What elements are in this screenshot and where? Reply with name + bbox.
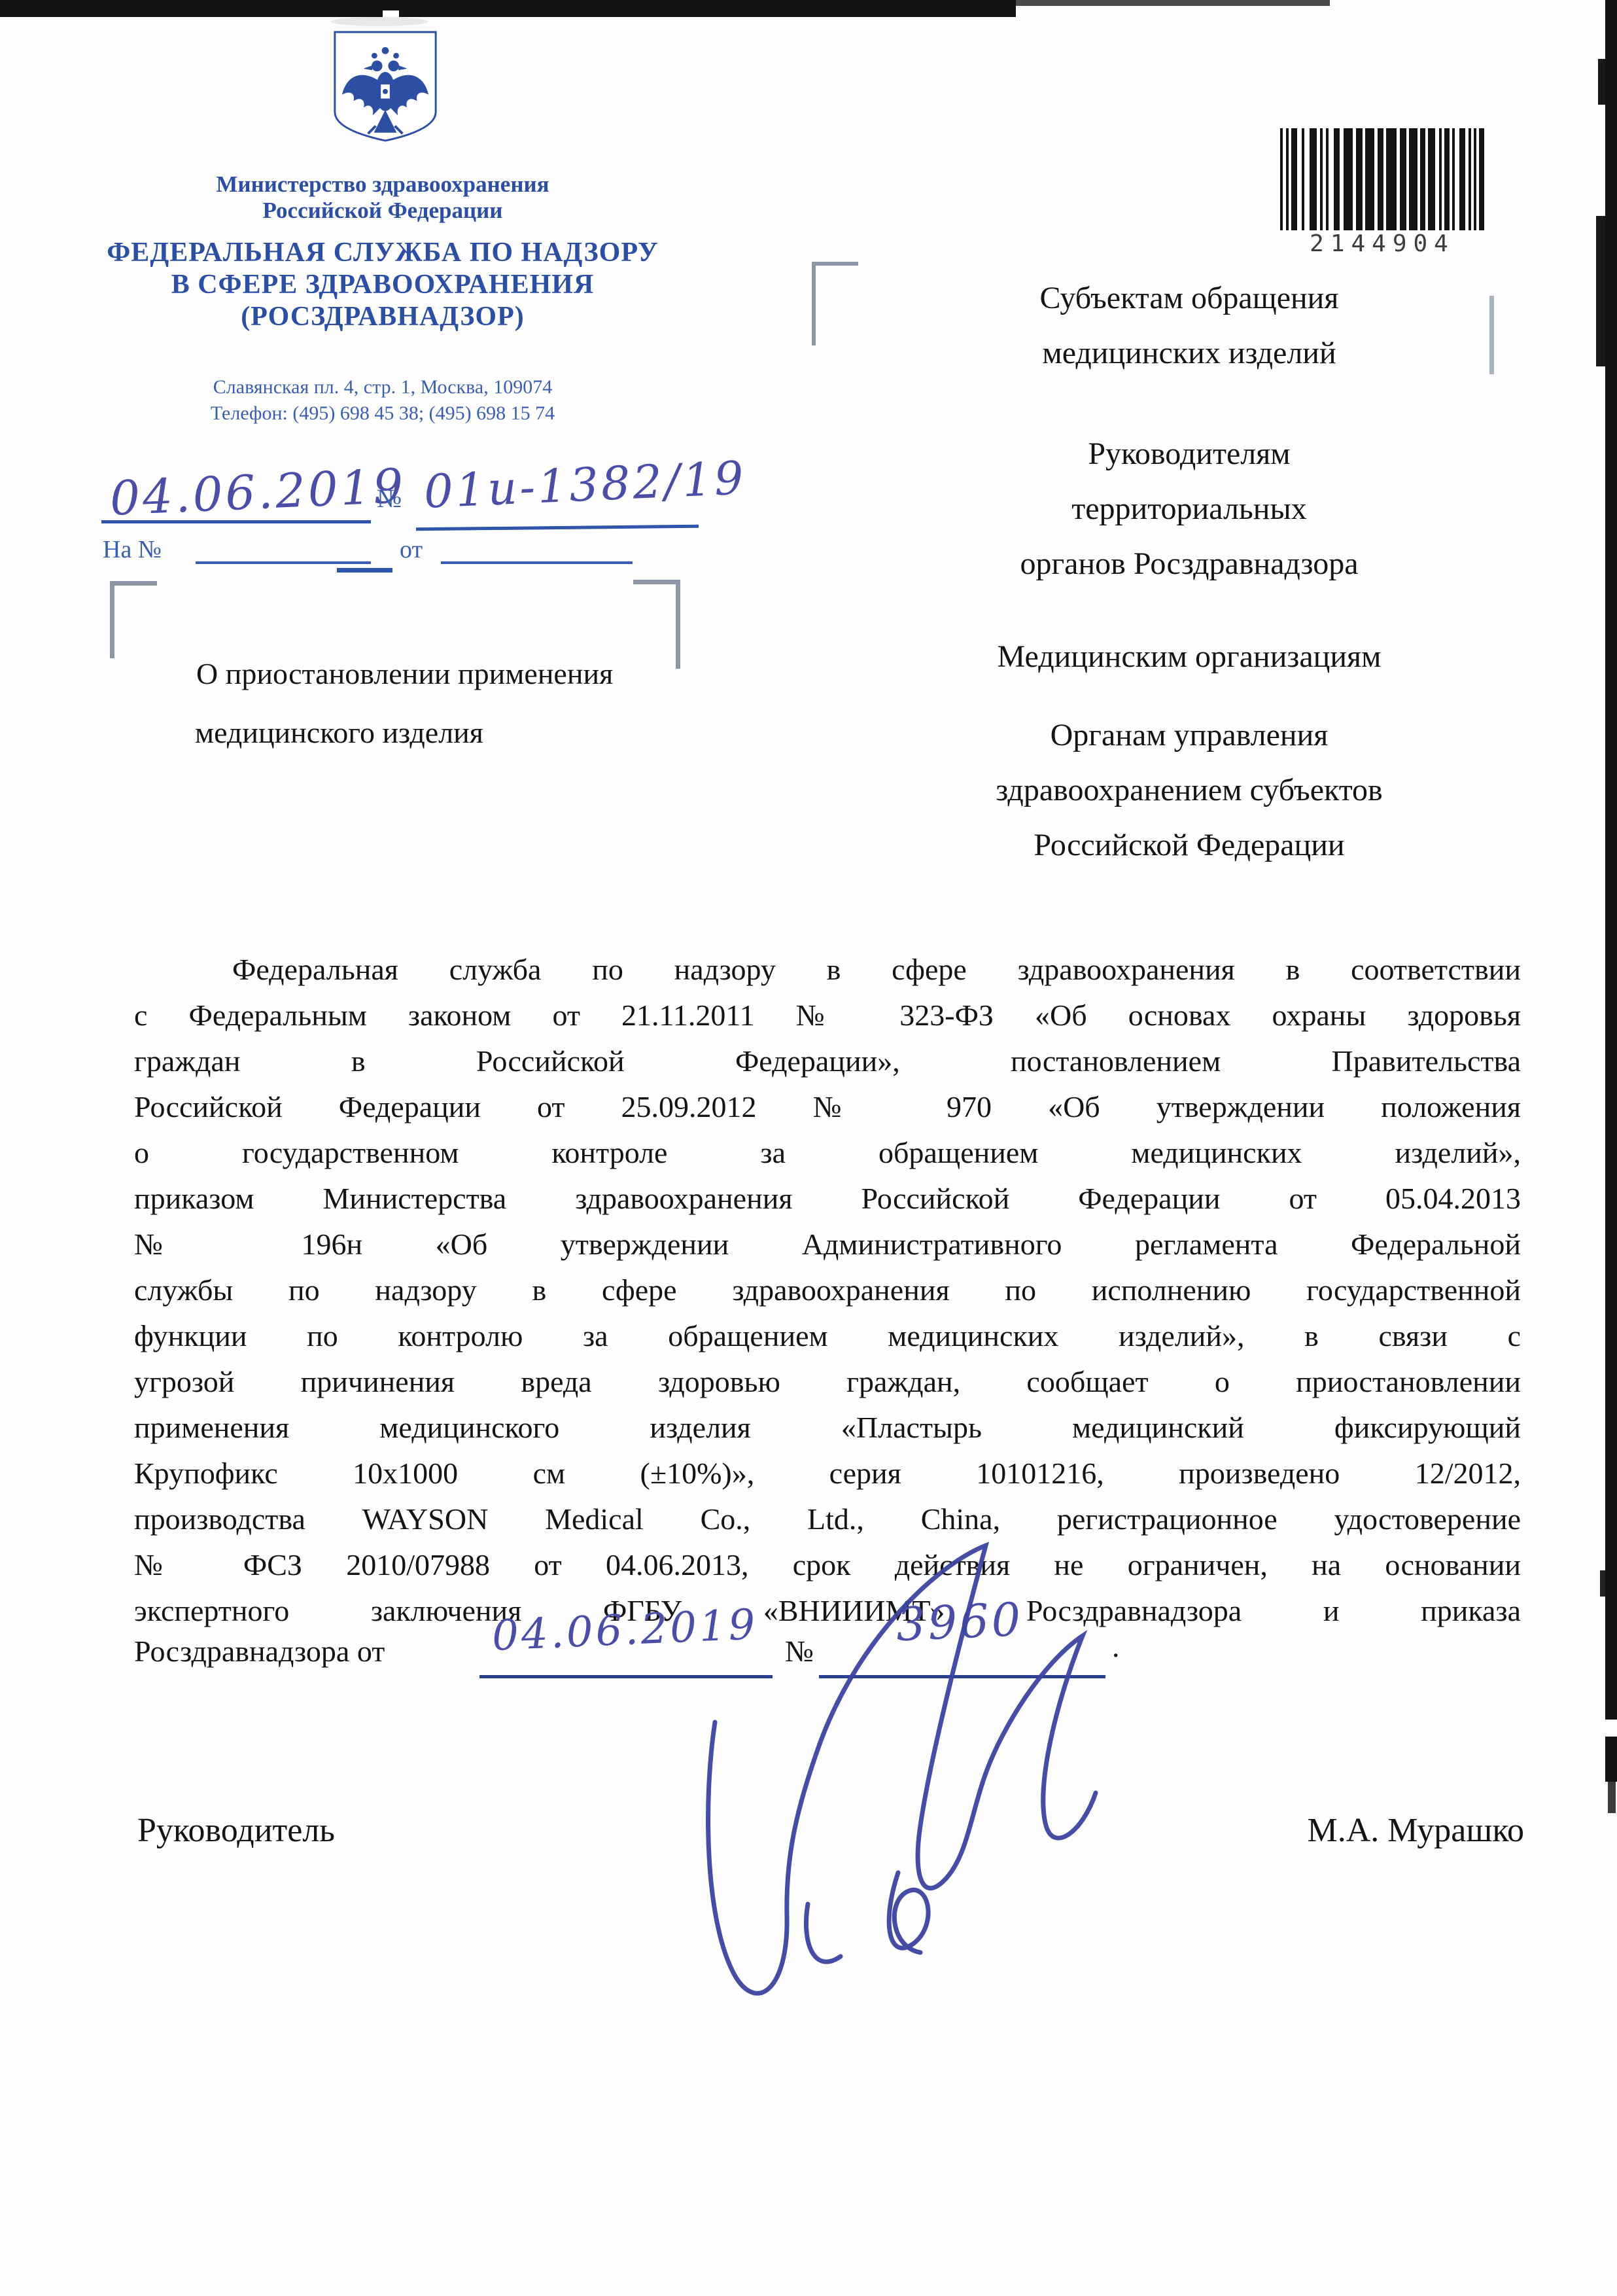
scan-artifact-right-bar xyxy=(1605,0,1617,1782)
scan-artifact-right-nub3 xyxy=(1600,1570,1605,1597)
signature-ink xyxy=(690,1538,1122,2009)
scan-artifact-right-gap xyxy=(1605,1720,1617,1737)
corner-mark-left-vertical xyxy=(110,581,114,658)
scan-artifact-top-bar-tail xyxy=(1016,0,1330,6)
body-line: функции по контролю за обращением медици… xyxy=(134,1313,1521,1359)
recipient-line: территориальных xyxy=(908,482,1470,537)
recipient-group-2: Руководителям территориальных органов Ро… xyxy=(908,427,1470,592)
russian-coat-of-arms-icon xyxy=(331,30,440,143)
scan-artifact-right-nub1 xyxy=(1598,59,1605,105)
body-line: с Федеральным законом от 21.11.2011 № 32… xyxy=(134,993,1521,1038)
signer-name: М.А. Мурашко xyxy=(1269,1811,1524,1850)
reply-label: На № xyxy=(103,535,162,564)
subject-line2: медицинского изделия xyxy=(195,703,483,762)
scan-artifact-top-notch xyxy=(383,10,399,17)
body-line: Федеральная служба по надзору в сфере зд… xyxy=(134,947,1521,993)
body-line: применения медицинского изделия «Пластыр… xyxy=(134,1405,1521,1451)
recipient-line: Органам управления xyxy=(908,708,1470,763)
scan-artifact-right-nub2 xyxy=(1596,216,1605,366)
corner-mark-recipient-horizontal xyxy=(812,262,858,266)
ministry-name-line2: Российской Федерации xyxy=(124,198,641,224)
corner-mark-right-vertical xyxy=(676,580,680,669)
body-line: о государственном контроле за обращением… xyxy=(134,1130,1521,1176)
org-phone: Телефон: (495) 698 45 38; (495) 698 15 7… xyxy=(78,400,687,427)
corner-mark-right-horizontal xyxy=(633,580,680,584)
org-address: Славянская пл. 4, стр. 1, Москва, 109074 xyxy=(78,374,687,400)
recipient-line: здравоохранением субъектов xyxy=(908,763,1470,818)
subject-line1: О приостановлении применения xyxy=(196,645,613,703)
body-line: Российской Федерации от 25.09.2012 № 970… xyxy=(134,1084,1521,1130)
body-line: граждан в Российской Федерации», постано… xyxy=(134,1038,1521,1084)
reply-underline-dashes xyxy=(337,568,392,573)
reply-from-label: от xyxy=(400,535,423,564)
body-lastline-prefix: Росздравнадзора от xyxy=(134,1634,385,1669)
corner-mark-recipient-vertical xyxy=(812,262,816,345)
body-line: № 196н «Об утверждении Административного… xyxy=(134,1222,1521,1267)
recipient-group-3: Медицинским организациям xyxy=(908,629,1470,684)
outgoing-date-handwritten: 04.06.2019 xyxy=(109,458,406,526)
number-sign: № xyxy=(377,483,402,514)
service-name-line3: (РОСЗДРАВНАДЗОР) xyxy=(78,301,687,333)
recipient-line: Субъектам обращения xyxy=(908,271,1470,326)
number-underline xyxy=(416,525,699,531)
service-name-line1: ФЕДЕРАЛЬНАЯ СЛУЖБА ПО НАДЗОРУ xyxy=(78,237,687,269)
body-line: угрозой причинения вреда здоровью гражда… xyxy=(134,1359,1521,1405)
recipient-line: органов Росздравнадзора xyxy=(908,537,1470,592)
barcode-image xyxy=(1280,128,1484,230)
body-line: производства WAYSON Medical Co., Ltd., C… xyxy=(134,1496,1521,1542)
outgoing-number-handwritten: 01и-1382/19 xyxy=(423,451,747,518)
corner-mark-left-horizontal xyxy=(110,581,157,586)
recipient-group-1: Субъектам обращения медицинских изделий xyxy=(908,271,1470,381)
ministry-name-line1: Министерство здравоохранения xyxy=(124,171,641,198)
recipient-line: Российской Федерации xyxy=(908,818,1470,873)
barcode-number: 2144904 xyxy=(1280,230,1484,257)
scan-artifact-top-bar xyxy=(0,0,1016,17)
recipient-line: Медицинским организациям xyxy=(908,629,1470,684)
scan-smudge-above-emblem xyxy=(330,17,428,26)
reply-number-underline xyxy=(196,561,371,564)
reply-date-underline xyxy=(441,561,633,564)
body-line: службы по надзору в сфере здравоохранени… xyxy=(134,1267,1521,1313)
body-line: приказом Министерства здравоохранения Ро… xyxy=(134,1176,1521,1222)
recipient-line: медицинских изделий xyxy=(908,326,1470,381)
corner-mark-recipient-right xyxy=(1489,296,1494,374)
recipient-group-4: Органам управления здравоохранением субъ… xyxy=(908,708,1470,873)
scan-artifact-right-tail xyxy=(1608,1782,1616,1813)
scanned-letter-page: Министерство здравоохранения Российской … xyxy=(0,0,1617,2296)
date-underline xyxy=(101,520,371,523)
body-line: Крупофикс 10х1000 см (±10%)», серия 1010… xyxy=(134,1451,1521,1496)
recipient-line: Руководителям xyxy=(908,427,1470,482)
service-name-line2: В СФЕРЕ ЗДРАВООХРАНЕНИЯ xyxy=(78,269,687,301)
signer-title: Руководитель xyxy=(137,1811,335,1850)
